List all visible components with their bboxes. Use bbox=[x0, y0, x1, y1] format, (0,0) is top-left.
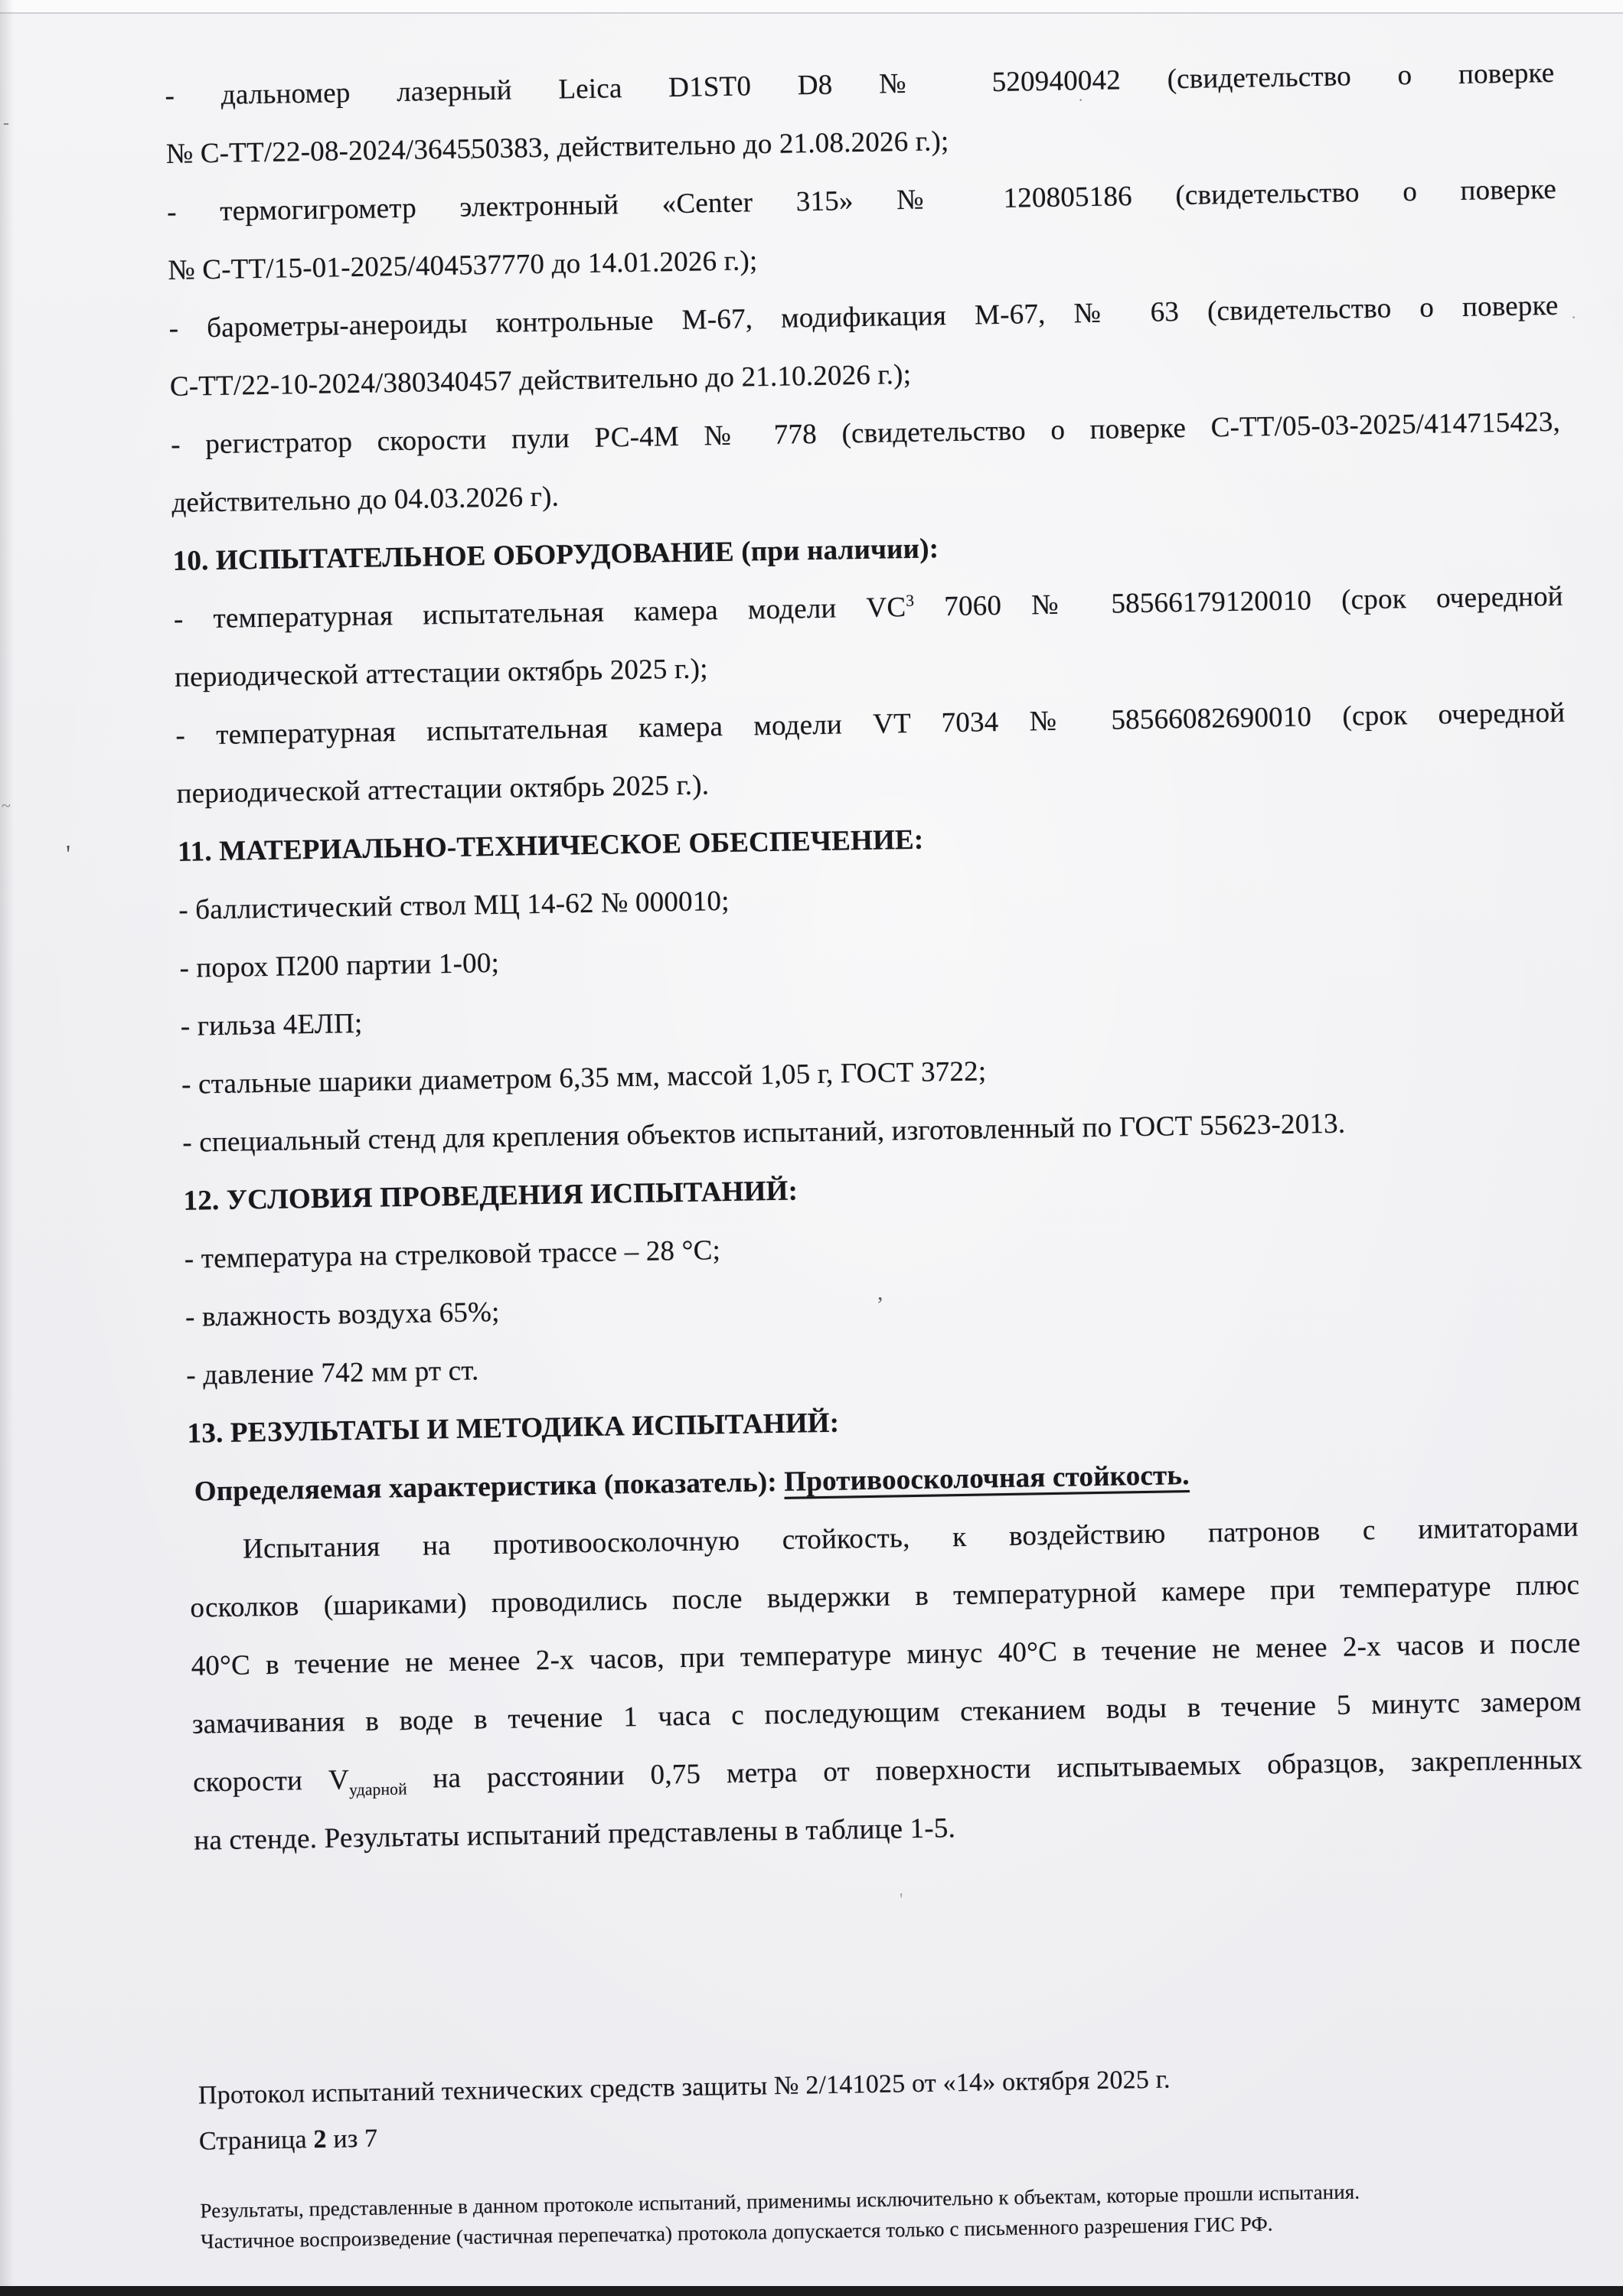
text-segment: Протокол испытаний технических средств з… bbox=[198, 2066, 1171, 2110]
text-segment: на стенде. Результаты испытаний представ… bbox=[194, 1812, 955, 1856]
text-segment: 7060 № 58566179120010 (срок очередной bbox=[914, 581, 1563, 623]
document-lines: - дальномер лазерный Leica D1ST0 D8 № 52… bbox=[165, 44, 1590, 2257]
text-segment: 2 bbox=[313, 2125, 327, 2154]
text-segment: скорости V bbox=[193, 1764, 349, 1798]
left-scan-shadow bbox=[0, 0, 14, 2296]
text-segment: - порох П200 партии 1-00; bbox=[179, 947, 499, 984]
scan-speck: · bbox=[1571, 308, 1576, 328]
text-segment: - дальномер лазерный Leica D1ST0 D8 № 52… bbox=[165, 57, 1554, 112]
text-segment: - специальный стенд для крепления объект… bbox=[182, 1108, 1346, 1159]
text-segment: Определяемая характеристика (показатель)… bbox=[194, 1466, 785, 1508]
text-segment: осколков (шариками) проводились после вы… bbox=[190, 1570, 1579, 1624]
text-segment: на расстоянии 0,75 метра от поверхности … bbox=[407, 1744, 1582, 1795]
text-segment: - давление 742 мм рт ст. bbox=[186, 1355, 479, 1391]
text-segment: № С-ТТ/15-01-2025/404537770 до 14.01.202… bbox=[168, 245, 758, 286]
text-segment: - барометры-анероиды контрольные М-67, м… bbox=[168, 290, 1558, 344]
text-segment: Страница bbox=[199, 2125, 314, 2155]
text-segment: - регистратор скорости пули РС-4М № 778 … bbox=[171, 406, 1560, 461]
text-segment: - температура на стрелковой трассе – 28 … bbox=[184, 1234, 720, 1275]
text-segment: С-ТТ/22-10-2024/380340457 действительно … bbox=[170, 359, 912, 403]
text-segment: 11. МАТЕРИАЛЬНО-ТЕХНИЧЕСКОЕ ОБЕСПЕЧЕНИЕ: bbox=[178, 824, 924, 868]
text-segment: 13. РЕЗУЛЬТАТЫ И МЕТОДИКА ИСПЫТАНИЙ: bbox=[187, 1407, 839, 1450]
text-segment: - баллистический ствол МЦ 14-62 № 000010… bbox=[178, 885, 730, 926]
text-segment: из 7 bbox=[326, 2125, 377, 2154]
text-segment: периодической аттестации октябрь 2025 г.… bbox=[175, 653, 708, 693]
text-segment: периодической аттестации октябрь 2025 г.… bbox=[176, 769, 709, 810]
top-scan-line bbox=[0, 12, 1623, 14]
text-segment: ударной bbox=[349, 1779, 407, 1799]
text-segment: - температурная испытательная камера мод… bbox=[175, 697, 1565, 752]
text-segment: замачивания в воде в течение 1 часа с по… bbox=[192, 1686, 1582, 1740]
text-segment: - термогигрометр электронный «Center 315… bbox=[167, 174, 1556, 228]
text-segment: 40°С в течение не менее 2-х часов, при т… bbox=[191, 1628, 1580, 1682]
text-segment: - стальные шарики диаметром 6,35 мм, мас… bbox=[181, 1055, 987, 1100]
bottom-scan-bar bbox=[0, 2286, 1623, 2296]
text-segment: 10. ИСПЫТАТЕЛЬНОЕ ОБОРУДОВАНИЕ (при нали… bbox=[172, 533, 939, 577]
scan-speck: ' bbox=[66, 840, 70, 869]
text-segment: - температурная испытательная камера мод… bbox=[174, 592, 906, 635]
text-segment: Противоосколочная стойкость. bbox=[784, 1459, 1190, 1498]
text-segment: Испытания на противоосколочную стойкость… bbox=[243, 1512, 1579, 1565]
text-segment: 12. УСЛОВИЯ ПРОВЕДЕНИЯ ИСПЫТАНИЙ: bbox=[183, 1175, 798, 1216]
scanner-top-strip bbox=[0, 0, 1623, 12]
text-segment: действительно до 04.03.2026 г). bbox=[171, 481, 559, 519]
text-segment: - влажность воздуха 65%; bbox=[185, 1296, 500, 1333]
text-segment: № С-ТТ/22-08-2024/364550383, действитель… bbox=[166, 126, 949, 170]
text-segment: - гильза 4ЕЛП; bbox=[180, 1008, 362, 1042]
scanned-document-page: { "colors": { "ink": "#17171c", "paper":… bbox=[0, 0, 1623, 2296]
